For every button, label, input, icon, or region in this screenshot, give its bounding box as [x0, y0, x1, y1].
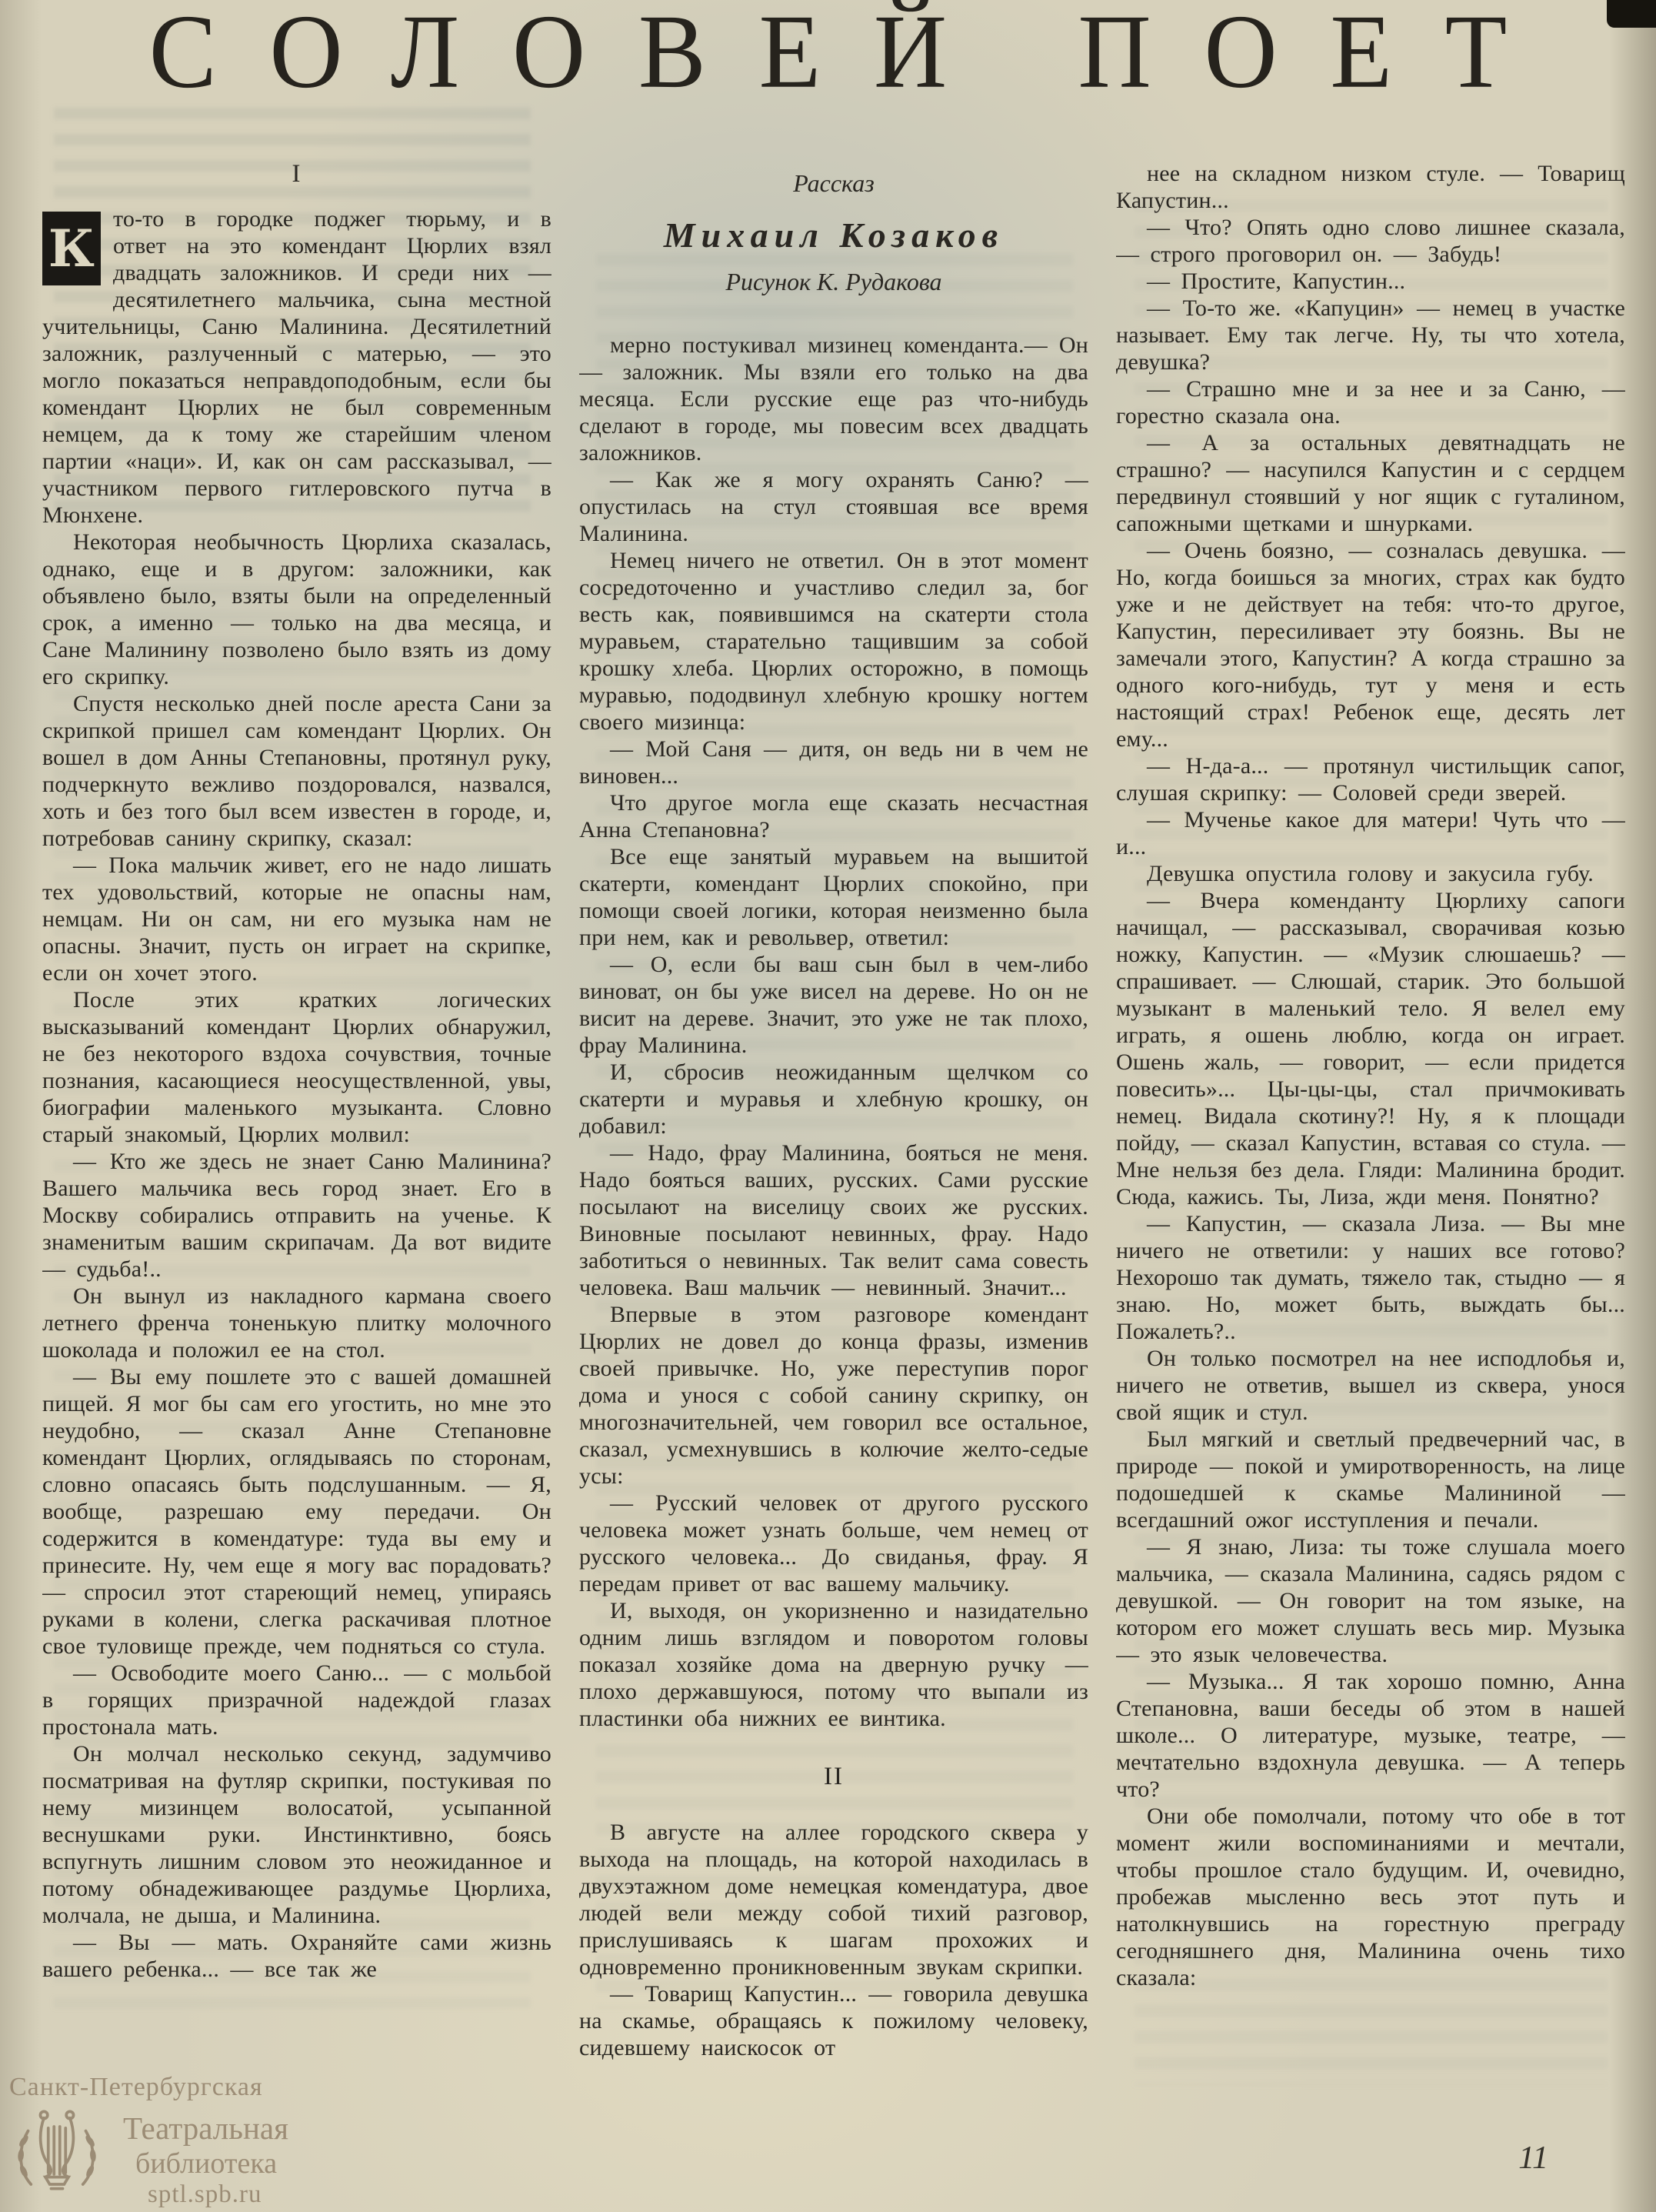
paragraph: — Страшно мне и за нее и за Саню, — горе…: [1116, 375, 1625, 429]
paragraph: Спустя несколько дней после ареста Сани …: [42, 690, 551, 852]
paragraph: Некоторая необычность Цюрлиха сказалась,…: [42, 529, 551, 690]
page-number: 11: [1518, 2140, 1548, 2177]
paragraph: В августе на аллее городского сквера у в…: [579, 1819, 1088, 1980]
paragraph: — Русский человек от другого русского че…: [579, 1490, 1088, 1597]
paragraph: — Очень боязно, — созналась девушка. — Н…: [1116, 537, 1625, 752]
column-2-paragraphs-part1: мерно постукивал мизинец коменданта.— Он…: [579, 332, 1088, 1732]
paragraph: Впервые в этом разговоре комендант Цюрли…: [579, 1301, 1088, 1490]
column-3-paragraphs: нее на складном низком стуле. — Товарищ …: [1116, 160, 1625, 1991]
paragraph: И, выходя, он укоризненно и назидательно…: [579, 1597, 1088, 1732]
paragraph: — Товарищ Капустин... — говорила девушка…: [579, 1980, 1088, 2061]
column-1-paragraphs: Некоторая необычность Цюрлиха сказалась,…: [42, 529, 551, 1983]
paragraph: — Капустин, — сказала Лиза. — Вы мне нич…: [1116, 1210, 1625, 1345]
paragraph: — А за остальных девятнадцать не страшно…: [1116, 429, 1625, 537]
column-1: I Кто-то в городке поджег тюрьму, и в от…: [42, 160, 551, 2195]
text-columns: I Кто-то в городке поджег тюрьму, и в от…: [42, 160, 1625, 2195]
illustrator-credit: Рисунок К. Рудакова: [579, 268, 1088, 296]
paragraph: — Музыка... Я так хорошо помню, Анна Сте…: [1116, 1668, 1625, 1803]
paragraph: — Что? Опять одно слово лишнее сказала, …: [1116, 214, 1625, 268]
paragraph: Он вынул из накладного кармана своего ле…: [42, 1283, 551, 1363]
paragraph: — Вы — мать. Охраняйте сами жизнь вашего…: [42, 1929, 551, 1983]
paragraph: Был мягкий и светлый предвечерний час, в…: [1116, 1426, 1625, 1533]
paragraph: После этих кратких логических высказыван…: [42, 986, 551, 1148]
section-numeral-2: II: [579, 1763, 1088, 1791]
magazine-page-scan: СОЛОВЕЙ ПОЕТ I Кто-то в городке поджег т…: [0, 0, 1656, 2212]
lead-paragraph: Кто-то в городке поджег тюрьму, и в отве…: [42, 205, 551, 529]
paragraph: мерно постукивал мизинец коменданта.— Он…: [579, 332, 1088, 466]
paragraph: нее на складном низком стуле. — Товарищ …: [1116, 160, 1625, 214]
section-numeral-1: I: [42, 160, 551, 189]
page-title: СОЛОВЕЙ ПОЕТ: [0, 0, 1656, 117]
paragraph: Немец ничего не ответил. Он в этот момен…: [579, 547, 1088, 736]
paragraph: — Освободите моего Саню... — с мольбой в…: [42, 1660, 551, 1740]
paragraph: И, сбросив неожиданным щелчком со скатер…: [579, 1059, 1088, 1139]
paragraph: — Я знаю, Лиза: ты тоже слушала моего ма…: [1116, 1533, 1625, 1668]
paragraph: — Простите, Капустин...: [1116, 268, 1625, 295]
column-2: Рассказ Михаил Козаков Рисунок К. Рудако…: [579, 160, 1088, 2195]
paragraph: — Мученье какое для матери! Чуть что — и…: [1116, 806, 1625, 860]
paragraph: — То-то же. «Капуцин» — немец в участке …: [1116, 295, 1625, 375]
paragraph: — О, если бы ваш сын был в чем-либо вино…: [579, 951, 1088, 1059]
author-name: Михаил Козаков: [579, 215, 1088, 255]
paragraph: — Кто же здесь не знает Саню Малинина? В…: [42, 1148, 551, 1283]
paragraph: — Н-да-а... — протянул чистильщик сапог,…: [1116, 752, 1625, 806]
paragraph: Он молчал несколько секунд, задумчиво по…: [42, 1740, 551, 1929]
paragraph: — Надо, фрау Малинина, бояться не меня. …: [579, 1139, 1088, 1301]
column-3: нее на складном низком стуле. — Товарищ …: [1116, 160, 1625, 2195]
paragraph: Он только посмотрел на нее исподлобья и,…: [1116, 1345, 1625, 1426]
lead-paragraph-text: то-то в городке поджег тюрьму, и в ответ…: [42, 206, 551, 528]
paragraph: — Как же я могу охранять Саню? — опустил…: [579, 466, 1088, 547]
dropcap: К: [42, 212, 101, 285]
column-2-paragraphs-part2: В августе на аллее городского сквера у в…: [579, 1819, 1088, 2061]
paragraph: Что другое могла еще сказать несчастная …: [579, 789, 1088, 843]
paragraph: — Мой Саня — дитя, он ведь ни в чем не в…: [579, 736, 1088, 789]
paragraph: — Вы ему пошлете это с вашей домашней пи…: [42, 1363, 551, 1660]
paragraph: — Пока мальчик живет, его не надо лишать…: [42, 852, 551, 986]
paragraph: — Вчера коменданту Цюрлиху сапоги начища…: [1116, 887, 1625, 1210]
genre-label: Рассказ: [579, 169, 1088, 198]
paragraph: Все еще занятый муравьем на вышитой скат…: [579, 843, 1088, 951]
paragraph: Девушка опустила голову и закусила губу.: [1116, 860, 1625, 887]
paragraph: Они обе помолчали, потому что обе в тот …: [1116, 1803, 1625, 1991]
